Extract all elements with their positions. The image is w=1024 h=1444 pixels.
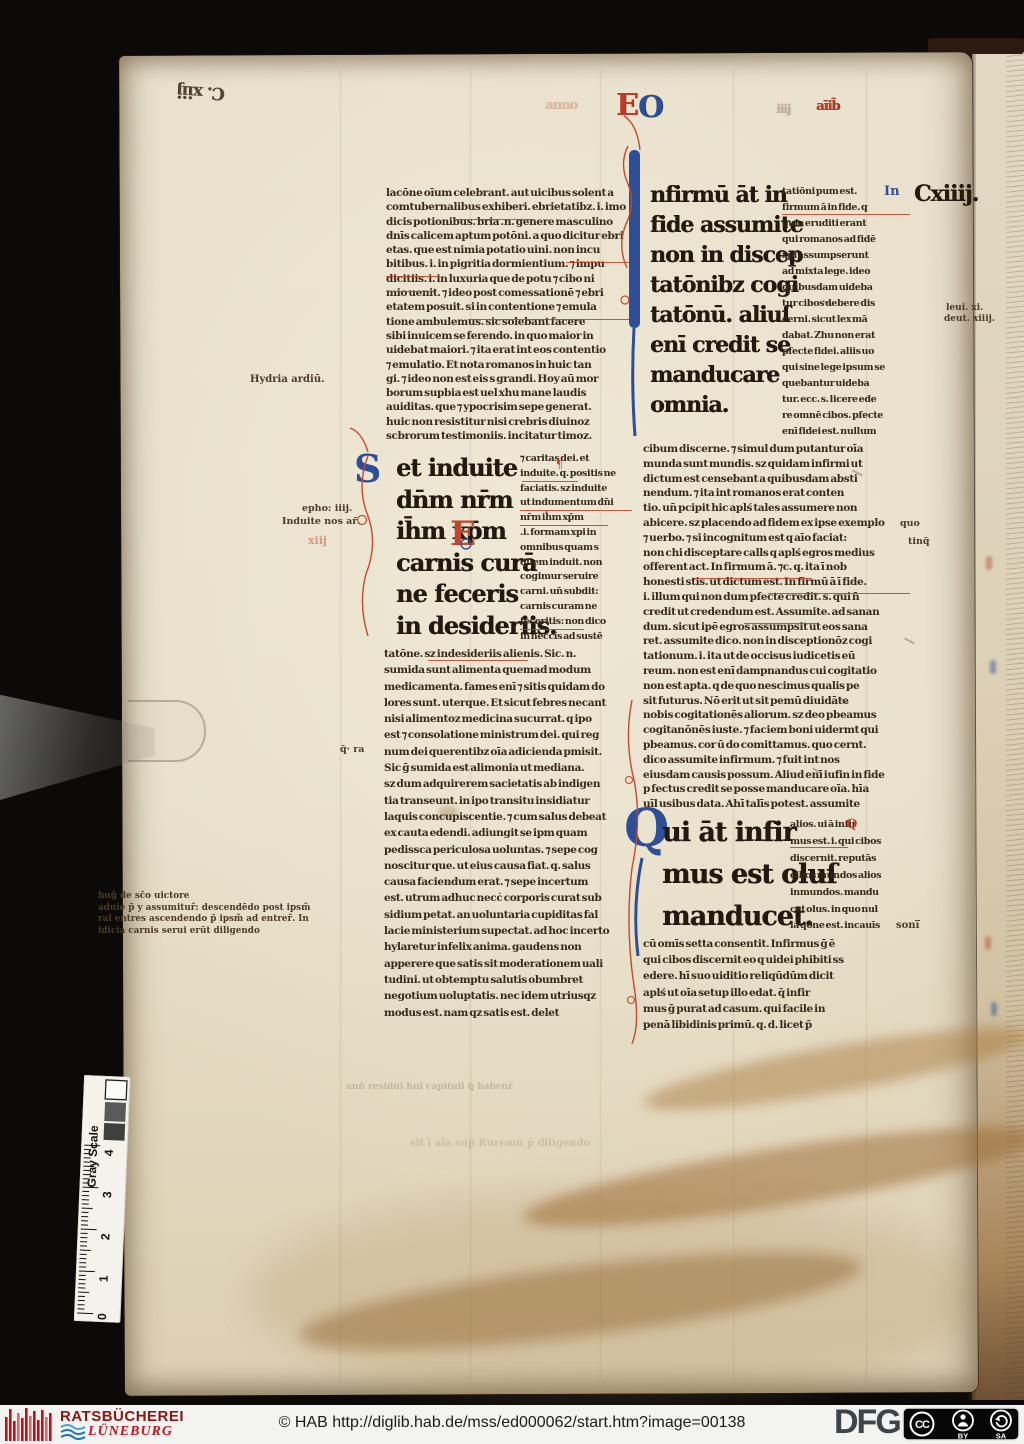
ruler-tick-label: 4 — [102, 1149, 116, 1157]
ruler-patch-darkgray — [103, 1123, 125, 1141]
text-line: laquis concupiscentie. ⁊ cum salus debea… — [384, 809, 642, 825]
grayscale-ruler: Gray Scale 4 3 2 1 0 — [74, 1075, 134, 1323]
text-line: tur. ecc. s. licere ede — [782, 392, 914, 408]
decorated-initial-e: E — [450, 514, 476, 554]
red-underline — [522, 481, 578, 482]
text-line: ⁊ uerbo. ⁊ si incognitum est q aīo facia… — [643, 531, 917, 546]
margin-note: q̄· ra — [340, 744, 364, 755]
text-line: ad mixta lege. ideo — [782, 264, 914, 280]
decorated-initial-s: S — [354, 446, 381, 491]
text-line: non in discep — [650, 240, 796, 270]
text-line: cibum discerne. ⁊ simul dum putantur oīa — [643, 442, 917, 457]
text-line: tia transeunt. in ipo transitu insidiatu… — [384, 793, 642, 809]
header-ghost-text: anno — [545, 98, 577, 113]
margin-note: quo — [900, 518, 920, 529]
text-line: omnibus quam s — [520, 541, 640, 556]
text-line: mio uenit. ⁊ ideo post comessationē ⁊ eb… — [386, 286, 642, 300]
text-line: scbrorum testimoniis. incitatur timoz. — [386, 429, 642, 443]
text-line: num dei querentibz oīa adicienda pmisit. — [384, 744, 642, 760]
text-line: ⁊ emulatio. Et nota romanos in huic tan — [386, 358, 642, 372]
text-line: dictum est censebant a quibusdam absti — [643, 472, 917, 487]
text-line: faciatis. sz induite — [520, 482, 640, 497]
text-line: quibusdam uideba — [782, 280, 914, 296]
text-line: ex cauta edendi. adiungit se ipm quam — [384, 825, 642, 841]
text-line: edere. hī suo uiditio reliqūdūm dicit — [643, 968, 917, 984]
text-line: abicere. sz placendo ad fidem ex ipse ex… — [643, 516, 917, 531]
text-line: qui cibos discernit eo q uidei phibiti s… — [643, 952, 917, 968]
text-line: cogitanōnēs iuste. ⁊ faciem boni uidermt… — [643, 723, 917, 738]
header-right-ghost: iiij — [776, 102, 790, 116]
facing-page-ink-ghost — [991, 1002, 997, 1016]
gloss-block-left-top: lacōne oīum celebrant. aut uicibus solen… — [386, 186, 642, 443]
folio-number: Cxiiij. — [914, 181, 978, 207]
dfg-logo: DFG — [834, 1403, 900, 1442]
text-line: dabat. Zhu non erat — [782, 328, 914, 344]
text-line: aduie p̄ y assumitur̃: descendēdo post i… — [98, 903, 348, 915]
text-line: cet olus. in quo nul — [790, 902, 916, 919]
red-underline — [456, 219, 534, 220]
red-underline — [520, 510, 632, 511]
margin-note: soni̅ — [896, 920, 919, 931]
text-line: auiditas. que ⁊ ypocrisim sepe generat. — [386, 400, 642, 414]
text-line: non est apta. q de quo nescimus qualis p… — [643, 679, 917, 694]
text-line: huic non resistitur nisi crebris diuinoz — [386, 415, 642, 429]
text-line: causa faciendum erat. ⁊ sepe incertum — [384, 874, 642, 890]
text-line: quem induit. non — [520, 556, 640, 571]
text-line: pedissca periculosa uoluntas. ⁊ sepe cog — [384, 842, 642, 858]
text-line: mus ḡ purat ad casum. qui facile in — [643, 1001, 917, 1017]
text-line: mus est. i. qui cibos — [790, 834, 916, 851]
gloss-block-left-bottom: tatōne. sz indesideriis alienis. Sic. n.… — [384, 646, 642, 1021]
text-line: ⁊ caritas dei. et — [520, 452, 640, 467]
text-line: uidebat maiori. ⁊ ita erat int eos conte… — [386, 343, 642, 357]
red-underline — [520, 525, 608, 526]
text-line: p fectus credit se posse manducare oīa. … — [643, 782, 917, 797]
text-line: sz dum adquirerem sacietatis ab indigen — [384, 776, 642, 792]
paragraph-mark: ¶ — [556, 458, 563, 471]
lemma-block-right-bottom: ui āt infirmus est oluſmanducet. — [662, 812, 802, 938]
text-line: qui romanos ad fidē — [782, 232, 914, 248]
red-underline — [768, 593, 910, 594]
text-line: uīl usibus data. Ahī talīs potest. assum… — [643, 797, 917, 812]
text-line: eiusdam causis possum. Aliud enī iufin i… — [643, 768, 917, 783]
text-line: sidium petat. an uoluntaria cupiditas fa… — [384, 907, 642, 923]
text-line: pbeamus. cor ū do comittamus. quo cernt. — [643, 738, 917, 753]
margin-reference: deut. xiiij. — [944, 314, 995, 324]
ruler-patch-gray — [104, 1102, 126, 1122]
text-line: tatōnū. aliuſ — [650, 300, 796, 330]
text-line: enī credit se — [650, 330, 796, 360]
text-line: dum. sicut ipē egros assumpsit ut eos sa… — [643, 620, 917, 635]
text-line: cū omīs setta consentit. Infirmus ḡ ē — [643, 936, 917, 952]
text-line: penā libidinis primū. q. d. licet p̄ — [643, 1017, 917, 1033]
header-letter-blue: O — [638, 90, 663, 125]
text-line: dicitiis. i. in luxuria que de potu ⁊ ci… — [386, 272, 642, 286]
red-underline — [386, 291, 434, 292]
text-line: manducet. — [662, 896, 802, 938]
text-line: offerent act. In firmum ā. ⁊c. q. ita ī … — [643, 560, 917, 575]
text-line: qui sine lege ipsum se — [782, 360, 914, 376]
margin-reference: epho: iiij. — [302, 503, 352, 514]
gloss-block-right-lower: alios. ui ā infirmus est. i. qui cibosdi… — [790, 817, 916, 935]
margin-note: tinq̄ — [908, 536, 930, 547]
verso-ghost-folio: C. xiij — [178, 81, 226, 103]
red-underline — [782, 214, 910, 215]
text-line: negotium uoluptatis. nec idem utriusqz — [384, 988, 642, 1004]
text-line: apperere que satis sit moderationem uali — [384, 956, 642, 972]
text-line: non chi disceptare calls q aplś egros me… — [643, 546, 917, 561]
red-underline — [694, 578, 812, 579]
text-line: bitibus. i. in pigritia dormientium. ⁊ i… — [386, 257, 642, 271]
text-line: quebantur uideba — [782, 376, 914, 392]
header-right-rubric: aīib̄ — [816, 99, 839, 114]
red-underline — [386, 276, 440, 277]
text-line: carni. un̄ subdit: — [520, 585, 640, 600]
erased-annotation: ann̄ residui hui capituli q̄ habenr̄ — [346, 1082, 646, 1092]
gloss-block-right-inner: tatiōni pum est.firmum ā in fide. qquia … — [782, 184, 914, 440]
text-line: cerni. sicut lex mā — [782, 312, 914, 328]
text-line: tudini. ut obtemptu salutis obumbret — [384, 972, 642, 988]
text-line: sit futurus. Nō erit ut sit pemū diuidāt… — [643, 694, 917, 709]
rubric-q-mark: Q — [846, 817, 857, 832]
rubric-in-mark: In — [884, 184, 900, 199]
text-line: enī fidei est. nullum — [782, 424, 914, 440]
text-line: hug̃ de sc̄o uictore — [98, 891, 348, 903]
cc-icon-label: CC — [915, 1419, 930, 1431]
text-line: lacōne oīum celebrant. aut uicibus solen… — [386, 186, 642, 200]
text-line: quia eruditi erant — [782, 216, 914, 232]
cc-by-sa-badge: CC BY SA — [902, 1407, 1020, 1441]
text-line: lacie ministerium supectat. ad hoc incer… — [384, 923, 642, 939]
by-label: BY — [958, 1432, 968, 1441]
page-holder-tip — [128, 700, 206, 762]
text-line: nfirmū āt in — [650, 180, 796, 210]
gloss-block-right-foot: cū omīs setta consentit. Infirmus ḡ ēqui… — [643, 936, 917, 1033]
red-underline — [744, 623, 818, 624]
text-line: ret. assumite dico. non in disceptionōz … — [643, 634, 917, 649]
text-line: lores sunt. uterque. Et sicut febres nec… — [384, 695, 642, 711]
margin-note-block: hug̃ de sc̄o uictoreaduie p̄ y assumitur… — [98, 891, 348, 937]
text-line: tio. un̄ pcipit hic aplś tales assumere … — [643, 501, 917, 516]
text-line: ut indumentum dn̄i — [520, 496, 640, 511]
ruler-tick-label: 3 — [100, 1191, 114, 1199]
text-line: hylaretur infelix anima. gaudens non — [384, 939, 642, 955]
text-line: discernit. reputās — [790, 851, 916, 868]
text-line: re omnē cibos. pfecte — [782, 408, 914, 424]
text-line: pfecte fidei. aliis uo — [782, 344, 914, 360]
lemma-block-right-top: nfirmū āt infide assumitenon in discepta… — [650, 180, 796, 420]
ruler-tick-label: 2 — [98, 1233, 112, 1241]
red-underline — [520, 629, 584, 630]
text-line: etatem posuit. si in contentione ⁊ emula — [386, 300, 642, 314]
text-line: est ⁊ consolatione ministrum dei. qui re… — [384, 727, 642, 743]
ruler-tick-label: 1 — [97, 1275, 111, 1283]
text-line: cibos mundos alios — [790, 868, 916, 885]
text-line: est. utrum adhuc necċ corporis curat sub — [384, 890, 642, 906]
gloss-block-right-middle: cibum discerne. ⁊ simul dum putantur oīa… — [643, 442, 917, 812]
margin-rubric: xiij — [308, 534, 327, 547]
text-line: mus est oluſ — [662, 854, 802, 896]
ruler-tick-label: 0 — [95, 1313, 109, 1321]
text-line: nobis cogitationēs aliorum. sz deo pbeam… — [643, 708, 917, 723]
digitized-manuscript-photo: anno E O aīib̄ iiij Cxiiij. C. xiij lacō… — [0, 0, 1024, 1444]
text-line: aplś ut oīa setup illo edat. q̄ infir — [643, 985, 917, 1001]
text-line: nr̄m ih̄m xp̄m — [520, 511, 640, 526]
text-line: borum supbia est uel xhu mane laudis — [386, 386, 642, 400]
margin-reference: leui. xi. — [946, 303, 983, 313]
text-line: .i. formam xpi in — [520, 526, 640, 541]
text-line: omnia. — [650, 390, 796, 420]
text-line: cogimur seruire — [520, 570, 640, 585]
text-line: in neccīs ad sustē — [520, 630, 640, 645]
facing-page-ink-ghost — [985, 936, 991, 950]
text-line: feceritis: non dico — [520, 615, 640, 630]
facing-page-ink-ghost — [986, 556, 992, 570]
text-line: manducare — [650, 360, 796, 390]
text-line: tione ambulemus. sic solebant facere — [386, 315, 642, 329]
red-underline — [566, 262, 636, 263]
text-line: Sic ḡ sumida est alimonia ut mediana. — [384, 760, 642, 776]
text-line: fide assumite — [650, 210, 796, 240]
text-line: idicia carnis serui erūt diligendo — [98, 926, 348, 938]
text-line: xpi assumpserunt — [782, 248, 914, 264]
text-line: dicis potionibus. bria .n. genere mascul… — [386, 215, 642, 229]
erased-annotation: sit ī aīa sup̄ Ruremū p̄ diligendo — [410, 1138, 810, 1149]
book-fore-edge — [1006, 46, 1024, 1400]
text-line: sumida sunt alimenta quemad modum — [384, 662, 642, 678]
text-line: noscitur que. ut eius causa fiat. q. sal… — [384, 858, 642, 874]
text-line: etas. que est nimia potatio uini. non in… — [386, 243, 642, 257]
sa-label: SA — [996, 1432, 1007, 1441]
text-line: nisi alimentoz medicina sucurrat. q ipo — [384, 711, 642, 727]
text-line: credit ut credendum est. Assumite. ad sa… — [643, 605, 917, 620]
text-line: ral entres ascendendo p̄ ipsm̃ ad entrer… — [98, 914, 348, 926]
ruler-title: Gray Scale — [84, 1125, 101, 1188]
red-underline — [468, 319, 634, 320]
text-line: reum. non est enī dampnandus cui cogitat… — [643, 664, 917, 679]
text-line: medicamenta. fames enī ⁊ sitis quidam do — [384, 679, 642, 695]
text-line: tatōnibz cogi — [650, 270, 796, 300]
red-underline — [790, 847, 848, 848]
text-line: gi. ⁊ ideo non est eis s grandi. Hoy aū … — [386, 372, 642, 386]
text-line: carnis curam ne — [520, 600, 640, 615]
margin-note: Hydria ardiū. — [250, 374, 325, 385]
fold-line — [340, 70, 341, 1380]
margin-reference: Induite nos ar̄. — [282, 516, 361, 527]
text-line: tationum. i. ita ut de occisus iudicetis… — [643, 649, 917, 664]
ruler-patch-white — [105, 1080, 127, 1100]
text-line: modus est. nam qz satis est. delet — [384, 1005, 642, 1021]
text-line: munda sunt mundis. sz quidam infirmi ut — [643, 457, 917, 472]
text-line: induite. q. positis ne — [520, 467, 640, 482]
text-line: comtubernalibus exhiberi. ebrietatibz. i… — [386, 200, 642, 214]
header-letter-red: E — [616, 88, 638, 123]
text-line: tur cibos debere dis — [782, 296, 914, 312]
text-line: nendum. ⁊ ita int romanos erat conten — [643, 486, 917, 501]
text-line: dico assumite infirmum. ⁊ fuit int nos — [643, 753, 917, 768]
facing-page-ink-ghost — [990, 660, 996, 674]
text-line: inmundos. mandu — [790, 885, 916, 902]
red-underline — [428, 660, 528, 661]
text-line: sibi inuicem se ferendo. in quo maior in — [386, 329, 642, 343]
text-line: ui āt infir — [662, 812, 802, 854]
text-line: dnīs calicem aptum potōni. a quo dicitur… — [386, 229, 642, 243]
